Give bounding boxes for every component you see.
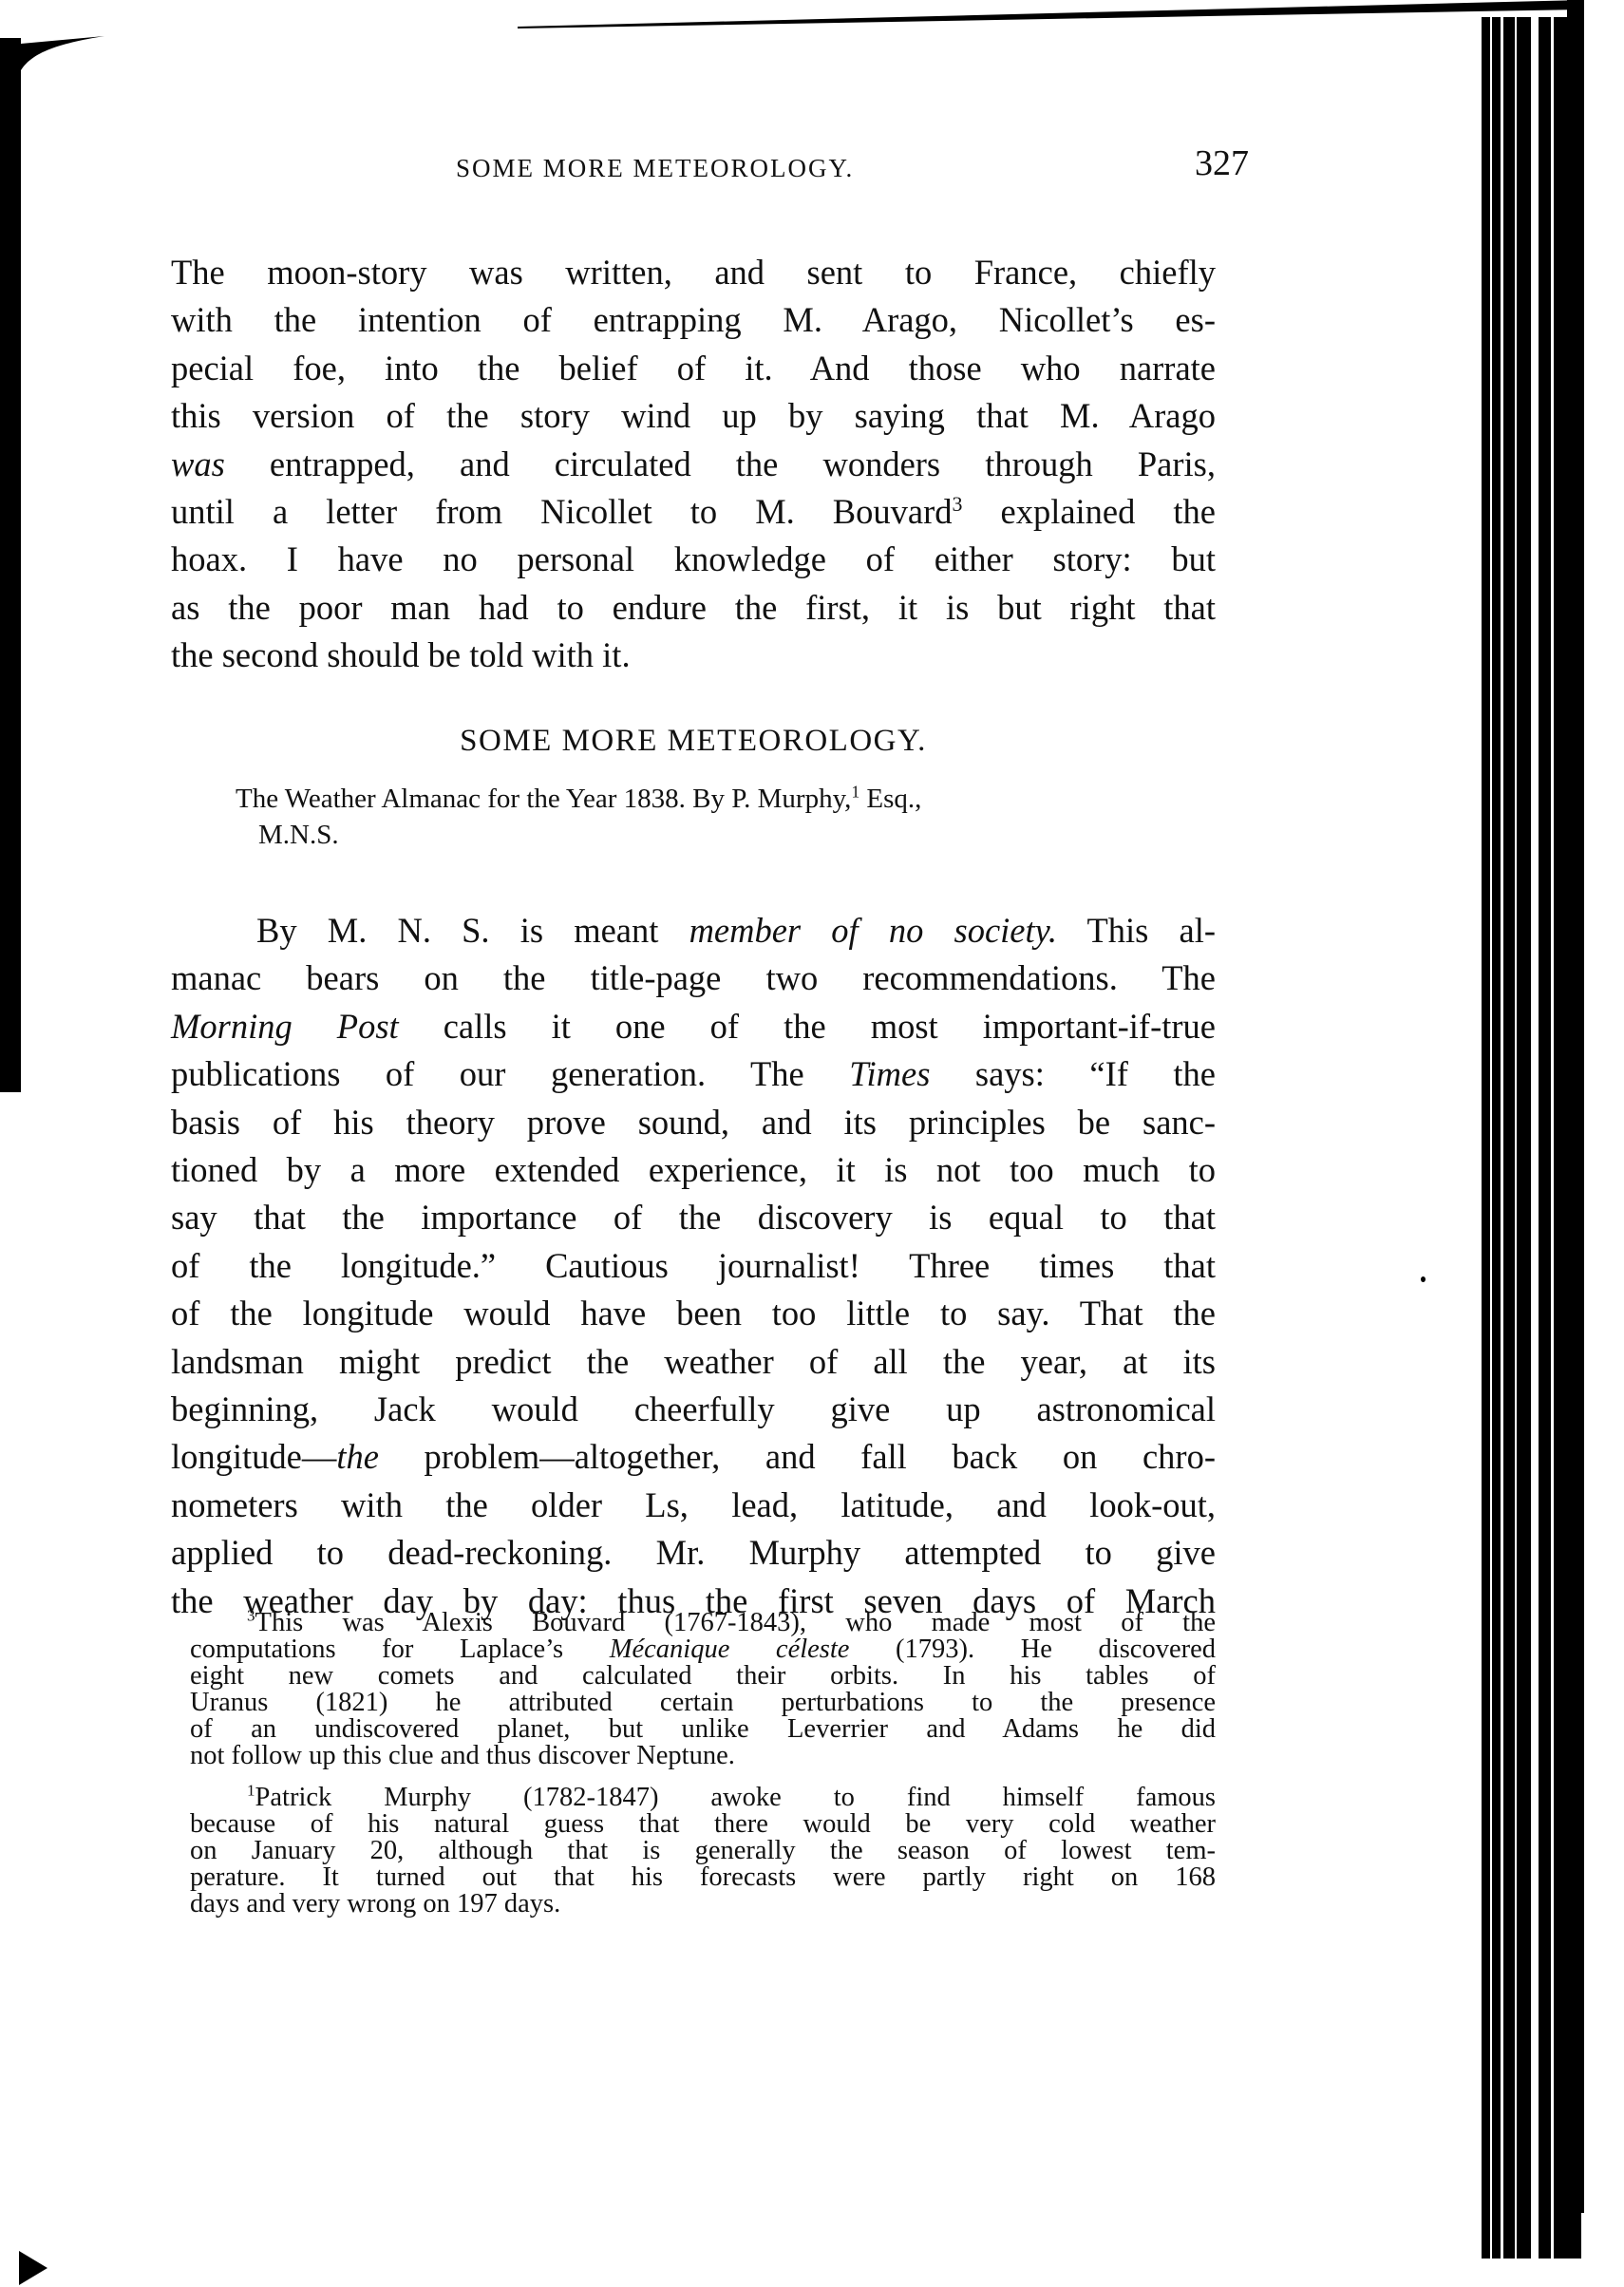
text-line: landsman might predict the weather of al… [171, 1338, 1216, 1386]
text-line: was entrapped, and circulated the wonder… [171, 441, 1216, 488]
text-line: applied to dead-reckoning. Mr. Murphy at… [171, 1529, 1216, 1577]
footnote-ref-1[interactable]: 1 [851, 782, 859, 801]
text-line: manac bears on the title-page two recomm… [171, 954, 1216, 1002]
text-line: pecial foe, into the belief of it. And t… [171, 345, 1216, 392]
footnote-ref-3[interactable]: 3 [953, 492, 963, 516]
text-line: The moon-story was written, and sent to … [171, 249, 1216, 296]
text-line: beginning, Jack would cheerfully give up… [171, 1386, 1216, 1433]
text-line: of the longitude would have been too lit… [171, 1290, 1216, 1337]
text-line: longitude—the problem—altogether, and fa… [171, 1433, 1216, 1481]
text-line: By M. N. S. is meant member of no societ… [171, 907, 1216, 954]
text-line: as the poor man had to endure the first,… [171, 584, 1216, 632]
text-line: this version of the story wind up by say… [171, 392, 1216, 440]
page-number: 327 [1195, 142, 1249, 184]
scan-speck [1421, 1276, 1426, 1282]
footnote-marker: 3 [247, 1607, 255, 1625]
text-line: say that the importance of the discovery… [171, 1194, 1216, 1241]
page-corner-triangle-icon [19, 2251, 47, 2285]
section-title: SOME MORE METEOROLOGY. [171, 724, 1216, 759]
italic-was: was [171, 444, 225, 483]
scan-left-edge-shadow [0, 38, 21, 1092]
book-reference: The Weather Almanac for the Year 1838. B… [236, 781, 1214, 853]
running-head: SOME MORE METEOROLOGY. [456, 154, 854, 183]
text-line: Morning Post calls it one of the most im… [171, 1003, 1216, 1050]
footnote-1: 1Patrick Murphy (1782-1847) awoke to fin… [190, 1785, 1216, 1918]
text-line: until a letter from Nicollet to M. Bouva… [171, 488, 1216, 536]
footnote-3: 3This was Alexis Bouvard (1767-1843), wh… [190, 1610, 1216, 1769]
footnote-marker: 1 [247, 1782, 255, 1800]
paragraph-moon-story: The moon-story was written, and sent to … [171, 249, 1216, 680]
text-line: publications of our generation. The Time… [171, 1050, 1216, 1098]
book-spine-shadow [1567, 0, 1584, 2213]
text-line: tioned by a more extended experience, it… [171, 1146, 1216, 1194]
scan-left-edge-mark [0, 826, 13, 931]
footnotes: 3This was Alexis Bouvard (1767-1843), wh… [190, 1610, 1216, 1933]
text-line: hoax. I have no personal knowledge of ei… [171, 536, 1216, 583]
scan-top-edge-shadow [518, 0, 1581, 28]
text-line: basis of his theory prove sound, and its… [171, 1099, 1216, 1146]
paragraph-mns: By M. N. S. is meant member of no societ… [171, 907, 1216, 1625]
text-line: the second should be told with it. [171, 632, 1216, 679]
text-line: of the longitude.” Cautious journalist! … [171, 1242, 1216, 1290]
text-line: nometers with the older Ls, lead, latitu… [171, 1482, 1216, 1529]
text-line: with the intention of entrapping M. Arag… [171, 296, 1216, 344]
